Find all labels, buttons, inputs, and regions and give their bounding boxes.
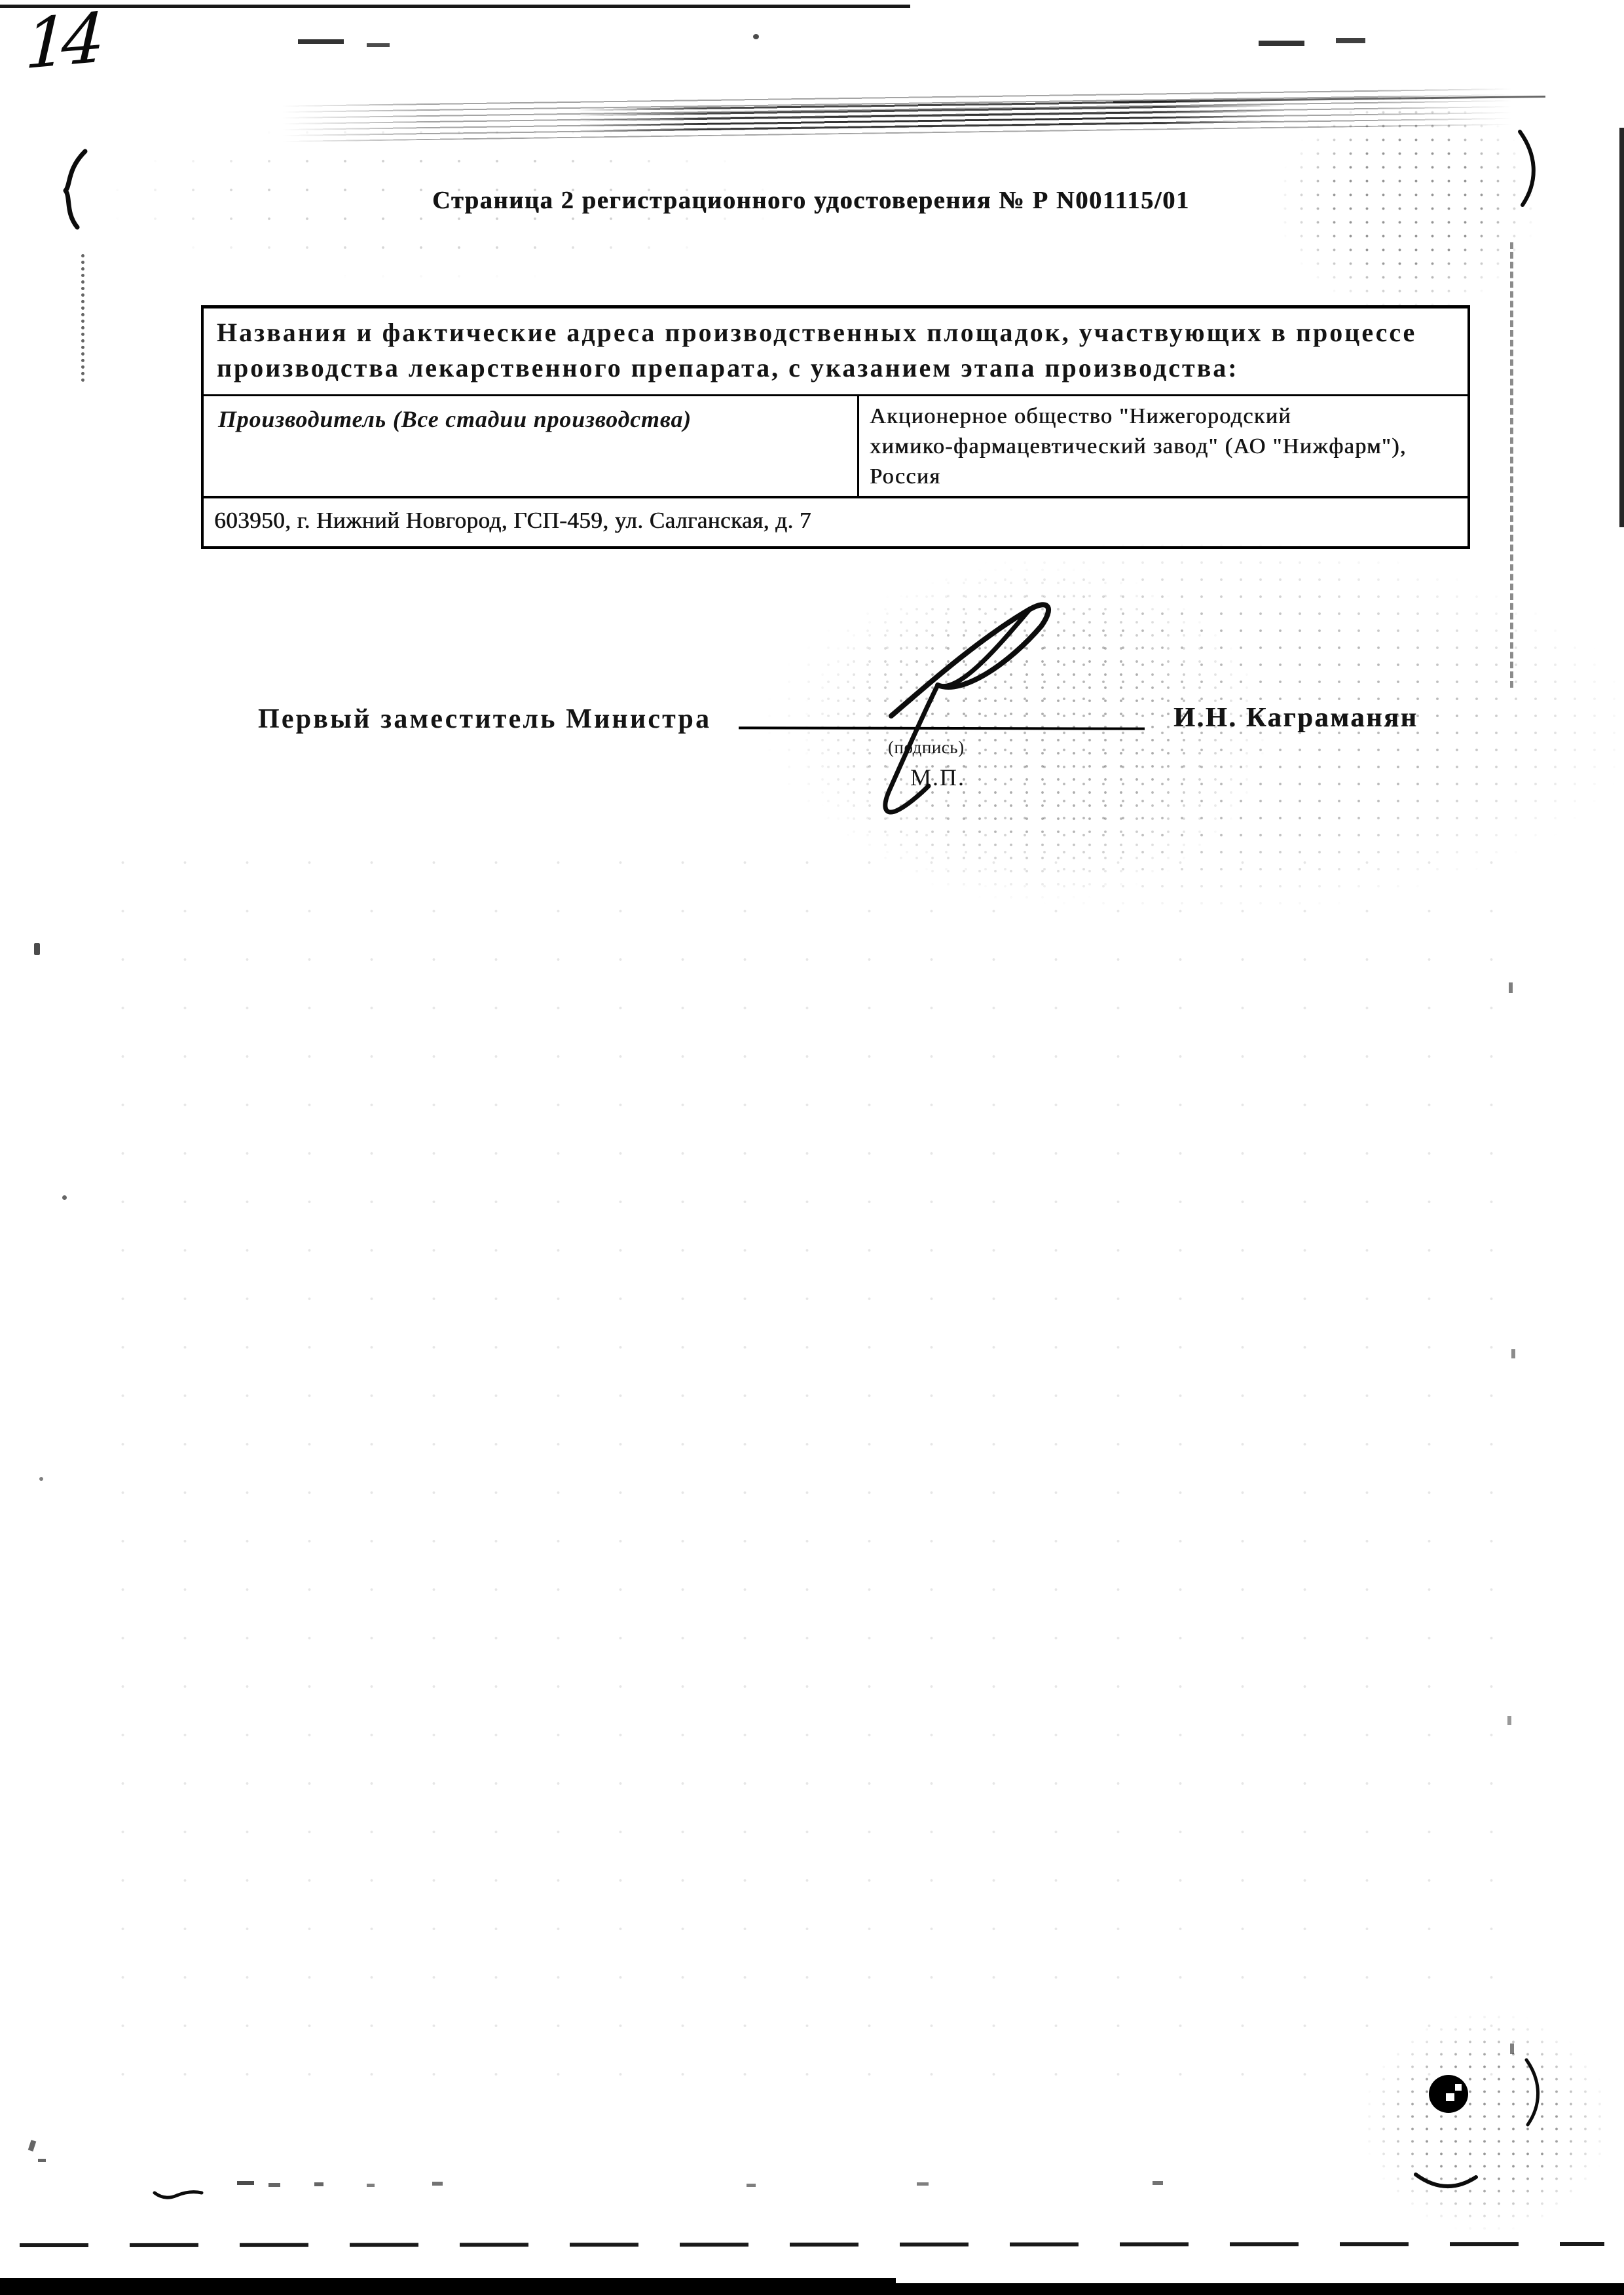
scan-dotted-border-left	[81, 254, 88, 382]
scan-mark	[34, 943, 40, 955]
scan-bracket-right-bottom	[1522, 2057, 1549, 2129]
scan-arc-bottom-right	[1413, 2169, 1479, 2199]
scan-dash	[747, 2184, 756, 2187]
scan-dash	[367, 43, 390, 47]
scan-edge-strip-right	[1619, 128, 1624, 527]
stamp-speckle-top-right	[1277, 92, 1539, 314]
scan-dash	[298, 39, 344, 44]
signatory-name: И.Н. Каграманян	[1173, 702, 1418, 734]
scan-dash	[1336, 38, 1365, 43]
scan-dash	[1259, 41, 1304, 46]
handwritten-page-number: 14	[24, 0, 100, 84]
producer-label-text: Производитель (Все стадии производства)	[218, 406, 692, 432]
scan-bracket-left	[58, 147, 94, 233]
scan-dash	[268, 2183, 280, 2187]
stamp-speckle-bottom-right	[1362, 2011, 1611, 2233]
scan-dashed-border-right	[1510, 242, 1517, 688]
signature-title: Первый заместитель Министра	[258, 703, 711, 735]
scan-dot	[62, 1195, 67, 1200]
producer-label-cell: Производитель (Все стадии производства)	[204, 396, 859, 496]
table-header-text: Названия и фактические адреса производст…	[217, 318, 1416, 382]
scan-mark	[28, 2140, 37, 2152]
signature-stroke	[832, 563, 1198, 845]
production-table: Названия и фактические адреса производст…	[201, 305, 1470, 549]
punch-hole-notch	[1446, 2093, 1454, 2101]
producer-value-text: Акционерное общество "Нижегородский хими…	[870, 404, 1407, 489]
table-producer-row: Производитель (Все стадии производства) …	[204, 396, 1467, 498]
punch-hole-notch	[1455, 2084, 1462, 2091]
scan-dash	[367, 2184, 375, 2187]
scan-bar-bottom	[0, 2283, 1624, 2295]
scan-dot	[39, 1477, 43, 1481]
scan-bracket-right-top	[1516, 128, 1545, 210]
scan-speckle-field	[92, 838, 1519, 2083]
page-title: Страница 2 регистрационного удостоверени…	[432, 186, 1190, 215]
table-header-cell: Названия и фактические адреса производст…	[204, 308, 1467, 396]
producer-value-cell: Акционерное общество "Нижегородский хими…	[859, 396, 1467, 496]
scan-dash	[917, 2182, 929, 2186]
scan-dash	[432, 2182, 443, 2186]
scan-dash	[314, 2182, 323, 2186]
scan-squiggle-bottom-left	[152, 2186, 204, 2203]
scanned-certificate-page: 14 Страница 2 регистрационного удостовер…	[0, 0, 1624, 2295]
scan-dash	[237, 2181, 254, 2185]
scan-dash	[1153, 2181, 1163, 2185]
scan-dash	[38, 2159, 46, 2162]
scan-dashed-line-bottom	[20, 2242, 1604, 2247]
scan-dot	[753, 34, 759, 39]
scan-edge-line-top	[0, 5, 910, 8]
address-text: 603950, г. Нижний Новгород, ГСП-459, ул.…	[214, 508, 811, 533]
